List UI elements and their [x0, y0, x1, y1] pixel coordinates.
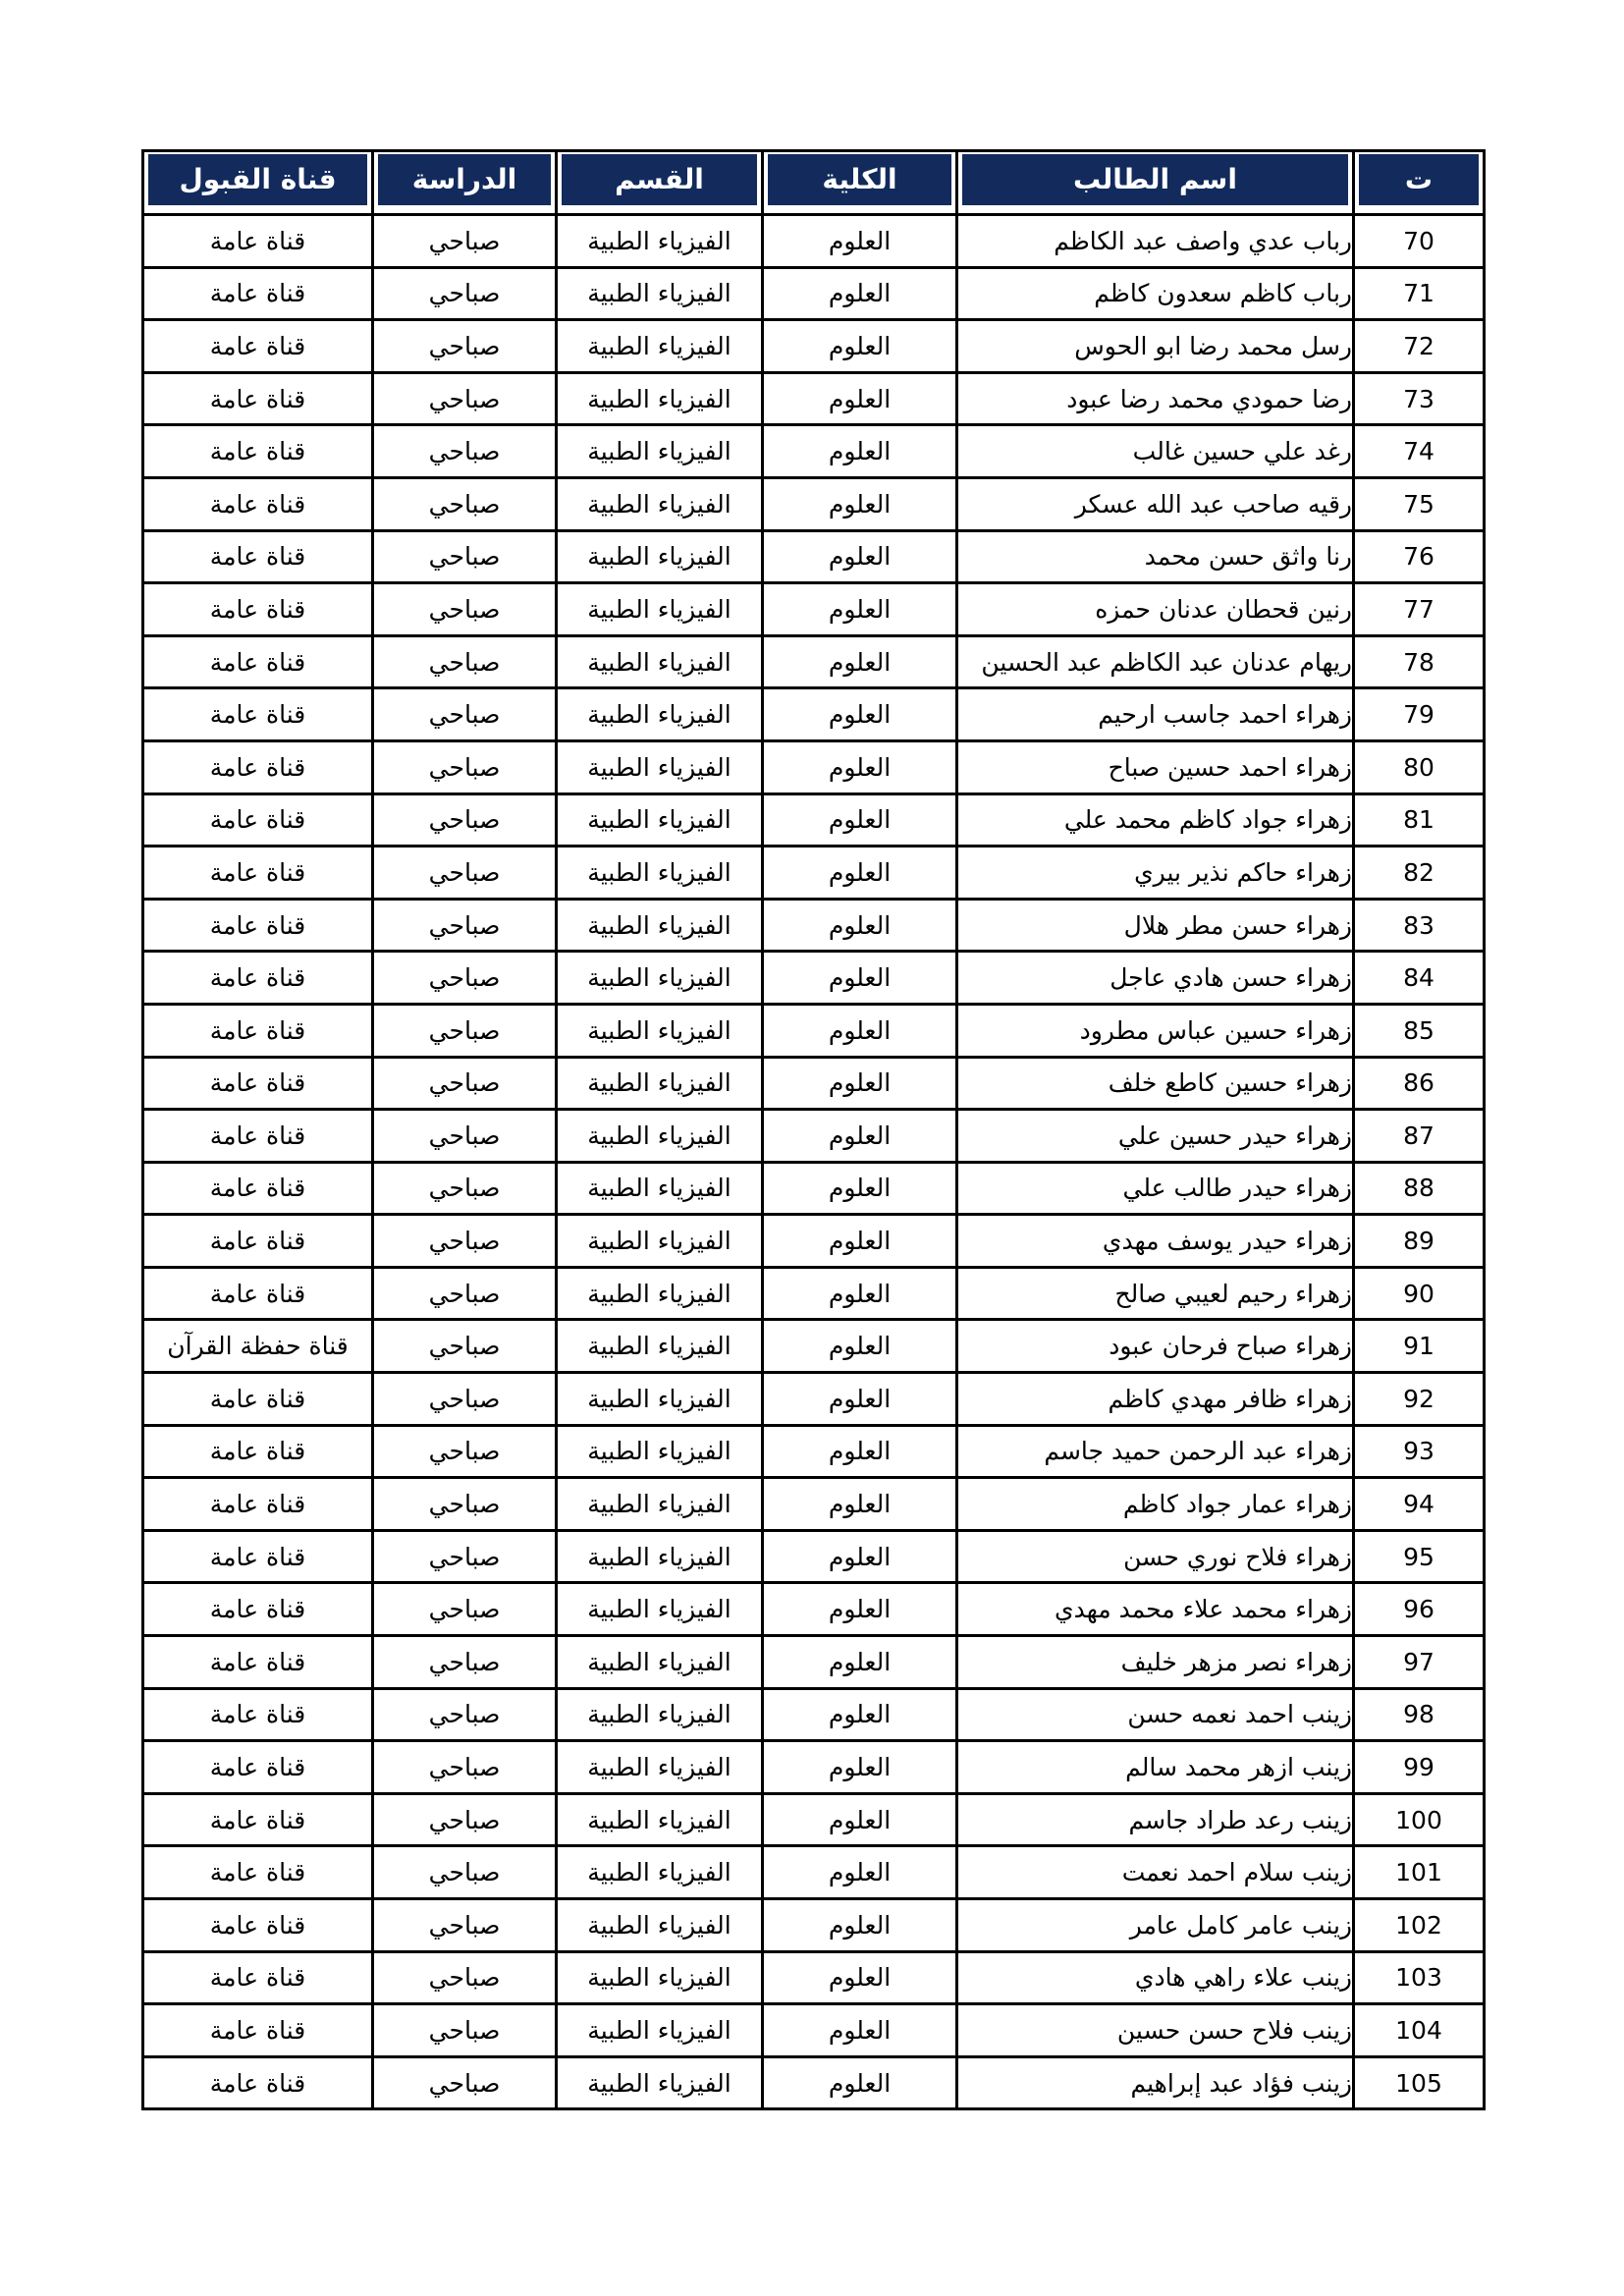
- study-cell: صباحي: [373, 1636, 557, 1689]
- channel-cell: قناة عامة: [143, 1688, 373, 1741]
- college-cell: العلوم: [763, 952, 957, 1005]
- row-number-cell: 94: [1354, 1478, 1485, 1531]
- channel-cell: قناة عامة: [143, 793, 373, 847]
- channel-cell: قناة عامة: [143, 1583, 373, 1636]
- study-cell: صباحي: [373, 583, 557, 636]
- student-name-cell: رباب كاظم سعدون كاظم: [957, 267, 1354, 320]
- student-name-cell: زهراء صباح فرحان عبود: [957, 1320, 1354, 1373]
- college-cell: العلوم: [763, 635, 957, 688]
- header-student-name-label: اسم الطالب: [962, 154, 1348, 205]
- student-name-cell: زهراء احمد حسين صباح: [957, 740, 1354, 793]
- student-name-cell: زينب سلام احمد نعمت: [957, 1846, 1354, 1899]
- student-name-cell: زينب ازهر محمد سالم: [957, 1741, 1354, 1794]
- row-number-cell: 84: [1354, 952, 1485, 1005]
- study-cell: صباحي: [373, 1530, 557, 1583]
- study-cell: صباحي: [373, 1057, 557, 1110]
- table-row: 100زينب رعد طراد جاسمالعلومالفيزياء الطب…: [143, 1793, 1485, 1846]
- channel-cell: قناة عامة: [143, 1636, 373, 1689]
- college-cell: العلوم: [763, 2056, 957, 2109]
- department-cell: الفيزياء الطبية: [557, 372, 763, 425]
- row-number-cell: 75: [1354, 477, 1485, 530]
- student-name-cell: زهراء حاكم نذير بيري: [957, 847, 1354, 900]
- student-name-cell: زهراء احمد جاسب ارحيم: [957, 688, 1354, 741]
- row-number-cell: 103: [1354, 1951, 1485, 2004]
- row-number-cell: 91: [1354, 1320, 1485, 1373]
- student-name-cell: زهراء حيدر طالب علي: [957, 1162, 1354, 1215]
- department-cell: الفيزياء الطبية: [557, 320, 763, 373]
- table-row: 82زهراء حاكم نذير بيريالعلومالفيزياء الط…: [143, 847, 1485, 900]
- table-row: 86زهراء حسين كاطع خلفالعلومالفيزياء الطب…: [143, 1057, 1485, 1110]
- study-cell: صباحي: [373, 740, 557, 793]
- row-number-cell: 71: [1354, 267, 1485, 320]
- table-row: 79زهراء احمد جاسب ارحيمالعلومالفيزياء ال…: [143, 688, 1485, 741]
- channel-cell: قناة عامة: [143, 583, 373, 636]
- department-cell: الفيزياء الطبية: [557, 1320, 763, 1373]
- row-number-cell: 99: [1354, 1741, 1485, 1794]
- college-cell: العلوم: [763, 1110, 957, 1163]
- table-row: 71رباب كاظم سعدون كاظمالعلومالفيزياء الط…: [143, 267, 1485, 320]
- row-number-cell: 85: [1354, 1004, 1485, 1057]
- college-cell: العلوم: [763, 425, 957, 478]
- document-page: ت اسم الطالب الكلية القسم الدراسة قناة ا…: [0, 0, 1624, 2296]
- table-row: 81زهراء جواد كاظم محمد عليالعلومالفيزياء…: [143, 793, 1485, 847]
- table-row: 73رضا حمودي محمد رضا عبودالعلومالفيزياء …: [143, 372, 1485, 425]
- student-name-cell: زهراء حسن هادي عاجل: [957, 952, 1354, 1005]
- college-cell: العلوم: [763, 477, 957, 530]
- channel-cell: قناة عامة: [143, 635, 373, 688]
- row-number-cell: 76: [1354, 530, 1485, 583]
- row-number-cell: 87: [1354, 1110, 1485, 1163]
- channel-cell: قناة عامة: [143, 899, 373, 952]
- table-row: 70رباب عدي واصف عبد الكاظمالعلومالفيزياء…: [143, 215, 1485, 268]
- header-admission-channel: قناة القبول: [143, 151, 373, 215]
- row-number-cell: 70: [1354, 215, 1485, 268]
- study-cell: صباحي: [373, 952, 557, 1005]
- department-cell: الفيزياء الطبية: [557, 1583, 763, 1636]
- department-cell: الفيزياء الطبية: [557, 2056, 763, 2109]
- college-cell: العلوم: [763, 1688, 957, 1741]
- department-cell: الفيزياء الطبية: [557, 793, 763, 847]
- college-cell: العلوم: [763, 1793, 957, 1846]
- row-number-cell: 82: [1354, 847, 1485, 900]
- channel-cell: قناة عامة: [143, 1267, 373, 1320]
- table-row: 102زينب عامر كامل عامرالعلومالفيزياء الط…: [143, 1899, 1485, 1952]
- department-cell: الفيزياء الطبية: [557, 740, 763, 793]
- department-cell: الفيزياء الطبية: [557, 1004, 763, 1057]
- study-cell: صباحي: [373, 1320, 557, 1373]
- study-cell: صباحي: [373, 2056, 557, 2109]
- table-row: 93زهراء عبد الرحمن حميد جاسمالعلومالفيزي…: [143, 1425, 1485, 1478]
- study-cell: صباحي: [373, 1899, 557, 1952]
- student-name-cell: زهراء محمد علاء محمد مهدي: [957, 1583, 1354, 1636]
- student-name-cell: رغد علي حسين غالب: [957, 425, 1354, 478]
- header-student-name: اسم الطالب: [957, 151, 1354, 215]
- students-table: ت اسم الطالب الكلية القسم الدراسة قناة ا…: [141, 149, 1486, 2110]
- table-row: 87زهراء حيدر حسين عليالعلومالفيزياء الطب…: [143, 1110, 1485, 1163]
- student-name-cell: زينب فؤاد عبد إبراهيم: [957, 2056, 1354, 2109]
- table-row: 96زهراء محمد علاء محمد مهديالعلومالفيزيا…: [143, 1583, 1485, 1636]
- study-cell: صباحي: [373, 425, 557, 478]
- channel-cell: قناة عامة: [143, 952, 373, 1005]
- table-row: 101زينب سلام احمد نعمتالعلومالفيزياء الط…: [143, 1846, 1485, 1899]
- student-name-cell: زهراء حسين عباس مطرود: [957, 1004, 1354, 1057]
- study-cell: صباحي: [373, 847, 557, 900]
- row-number-cell: 72: [1354, 320, 1485, 373]
- college-cell: العلوم: [763, 2004, 957, 2057]
- department-cell: الفيزياء الطبية: [557, 899, 763, 952]
- student-name-cell: زهراء رحيم لعيبي صالح: [957, 1267, 1354, 1320]
- department-cell: الفيزياء الطبية: [557, 1373, 763, 1426]
- channel-cell: قناة عامة: [143, 1741, 373, 1794]
- channel-cell: قناة عامة: [143, 1793, 373, 1846]
- college-cell: العلوم: [763, 1267, 957, 1320]
- college-cell: العلوم: [763, 1478, 957, 1531]
- college-cell: العلوم: [763, 899, 957, 952]
- student-name-cell: زهراء حسين كاطع خلف: [957, 1057, 1354, 1110]
- row-number-cell: 97: [1354, 1636, 1485, 1689]
- student-name-cell: زهراء عمار جواد كاظم: [957, 1478, 1354, 1531]
- row-number-cell: 100: [1354, 1793, 1485, 1846]
- study-cell: صباحي: [373, 1951, 557, 2004]
- college-cell: العلوم: [763, 1373, 957, 1426]
- row-number-cell: 74: [1354, 425, 1485, 478]
- college-cell: العلوم: [763, 1057, 957, 1110]
- student-name-cell: زهراء فلاح نوري حسن: [957, 1530, 1354, 1583]
- department-cell: الفيزياء الطبية: [557, 1425, 763, 1478]
- department-cell: الفيزياء الطبية: [557, 847, 763, 900]
- table-row: 91زهراء صباح فرحان عبودالعلومالفيزياء ال…: [143, 1320, 1485, 1373]
- department-cell: الفيزياء الطبية: [557, 1899, 763, 1952]
- department-cell: الفيزياء الطبية: [557, 1478, 763, 1531]
- channel-cell: قناة حفظة القرآن: [143, 1320, 373, 1373]
- college-cell: العلوم: [763, 688, 957, 741]
- channel-cell: قناة عامة: [143, 688, 373, 741]
- row-number-cell: 104: [1354, 2004, 1485, 2057]
- channel-cell: قناة عامة: [143, 1162, 373, 1215]
- header-college: الكلية: [763, 151, 957, 215]
- study-cell: صباحي: [373, 2004, 557, 2057]
- department-cell: الفيزياء الطبية: [557, 1110, 763, 1163]
- table-row: 76رنا واثق حسن محمدالعلومالفيزياء الطبية…: [143, 530, 1485, 583]
- table-row: 78ريهام عدنان عبد الكاظم عبد الحسينالعلو…: [143, 635, 1485, 688]
- table-row: 84زهراء حسن هادي عاجلالعلومالفيزياء الطب…: [143, 952, 1485, 1005]
- student-name-cell: زينب احمد نعمه حسن: [957, 1688, 1354, 1741]
- channel-cell: قناة عامة: [143, 1530, 373, 1583]
- table-row: 99زينب ازهر محمد سالمالعلومالفيزياء الطب…: [143, 1741, 1485, 1794]
- department-cell: الفيزياء الطبية: [557, 583, 763, 636]
- table-row: 88زهراء حيدر طالب عليالعلومالفيزياء الطب…: [143, 1162, 1485, 1215]
- study-cell: صباحي: [373, 1425, 557, 1478]
- college-cell: العلوم: [763, 1320, 957, 1373]
- channel-cell: قناة عامة: [143, 215, 373, 268]
- header-number-label: ت: [1359, 154, 1479, 205]
- department-cell: الفيزياء الطبية: [557, 635, 763, 688]
- college-cell: العلوم: [763, 1846, 957, 1899]
- student-name-cell: زهراء جواد كاظم محمد علي: [957, 793, 1354, 847]
- table-row: 72رسل محمد رضا ابو الحوسالعلومالفيزياء ا…: [143, 320, 1485, 373]
- table-row: 90زهراء رحيم لعيبي صالحالعلومالفيزياء ال…: [143, 1267, 1485, 1320]
- department-cell: الفيزياء الطبية: [557, 1688, 763, 1741]
- department-cell: الفيزياء الطبية: [557, 215, 763, 268]
- study-cell: صباحي: [373, 1846, 557, 1899]
- college-cell: العلوم: [763, 793, 957, 847]
- row-number-cell: 101: [1354, 1846, 1485, 1899]
- row-number-cell: 78: [1354, 635, 1485, 688]
- college-cell: العلوم: [763, 1425, 957, 1478]
- department-cell: الفيزياء الطبية: [557, 425, 763, 478]
- college-cell: العلوم: [763, 740, 957, 793]
- table-row: 97زهراء نصر مزهر خليفالعلومالفيزياء الطب…: [143, 1636, 1485, 1689]
- table-header-row: ت اسم الطالب الكلية القسم الدراسة قناة ا…: [143, 151, 1485, 215]
- department-cell: الفيزياء الطبية: [557, 530, 763, 583]
- study-cell: صباحي: [373, 1741, 557, 1794]
- study-cell: صباحي: [373, 635, 557, 688]
- row-number-cell: 80: [1354, 740, 1485, 793]
- row-number-cell: 102: [1354, 1899, 1485, 1952]
- college-cell: العلوم: [763, 1162, 957, 1215]
- student-name-cell: زهراء ظافر مهدي كاظم: [957, 1373, 1354, 1426]
- table-row: 83زهراء حسن مطر هلالالعلومالفيزياء الطبي…: [143, 899, 1485, 952]
- row-number-cell: 83: [1354, 899, 1485, 952]
- channel-cell: قناة عامة: [143, 1110, 373, 1163]
- study-cell: صباحي: [373, 1478, 557, 1531]
- study-cell: صباحي: [373, 1688, 557, 1741]
- student-name-cell: ريهام عدنان عبد الكاظم عبد الحسين: [957, 635, 1354, 688]
- channel-cell: قناة عامة: [143, 425, 373, 478]
- study-cell: صباحي: [373, 1793, 557, 1846]
- header-study-label: الدراسة: [378, 154, 551, 205]
- college-cell: العلوم: [763, 1899, 957, 1952]
- college-cell: العلوم: [763, 583, 957, 636]
- college-cell: العلوم: [763, 320, 957, 373]
- channel-cell: قناة عامة: [143, 372, 373, 425]
- study-cell: صباحي: [373, 215, 557, 268]
- college-cell: العلوم: [763, 1951, 957, 2004]
- channel-cell: قناة عامة: [143, 1004, 373, 1057]
- table-row: 104زينب فلاح حسن حسينالعلومالفيزياء الطب…: [143, 2004, 1485, 2057]
- college-cell: العلوم: [763, 1530, 957, 1583]
- row-number-cell: 92: [1354, 1373, 1485, 1426]
- study-cell: صباحي: [373, 267, 557, 320]
- department-cell: الفيزياء الطبية: [557, 1267, 763, 1320]
- row-number-cell: 98: [1354, 1688, 1485, 1741]
- channel-cell: قناة عامة: [143, 1846, 373, 1899]
- channel-cell: قناة عامة: [143, 1951, 373, 2004]
- channel-cell: قناة عامة: [143, 847, 373, 900]
- college-cell: العلوم: [763, 530, 957, 583]
- college-cell: العلوم: [763, 1583, 957, 1636]
- student-name-cell: زينب علاء راهي هادي: [957, 1951, 1354, 2004]
- department-cell: الفيزياء الطبية: [557, 1057, 763, 1110]
- table-row: 105زينب فؤاد عبد إبراهيمالعلومالفيزياء ا…: [143, 2056, 1485, 2109]
- table-row: 74رغد علي حسين غالبالعلومالفيزياء الطبية…: [143, 425, 1485, 478]
- student-name-cell: رضا حمودي محمد رضا عبود: [957, 372, 1354, 425]
- department-cell: الفيزياء الطبية: [557, 2004, 763, 2057]
- row-number-cell: 105: [1354, 2056, 1485, 2109]
- student-name-cell: زهراء حسن مطر هلال: [957, 899, 1354, 952]
- student-name-cell: رسل محمد رضا ابو الحوس: [957, 320, 1354, 373]
- table-row: 75رقيه صاحب عبد الله عسكرالعلومالفيزياء …: [143, 477, 1485, 530]
- department-cell: الفيزياء الطبية: [557, 1636, 763, 1689]
- channel-cell: قناة عامة: [143, 1373, 373, 1426]
- row-number-cell: 95: [1354, 1530, 1485, 1583]
- department-cell: الفيزياء الطبية: [557, 952, 763, 1005]
- row-number-cell: 81: [1354, 793, 1485, 847]
- department-cell: الفيزياء الطبية: [557, 1215, 763, 1268]
- study-cell: صباحي: [373, 477, 557, 530]
- department-cell: الفيزياء الطبية: [557, 1793, 763, 1846]
- department-cell: الفيزياء الطبية: [557, 1741, 763, 1794]
- channel-cell: قناة عامة: [143, 1215, 373, 1268]
- student-name-cell: رباب عدي واصف عبد الكاظم: [957, 215, 1354, 268]
- study-cell: صباحي: [373, 1004, 557, 1057]
- header-admission-channel-label: قناة القبول: [148, 154, 367, 205]
- department-cell: الفيزياء الطبية: [557, 1951, 763, 2004]
- table-row: 80زهراء احمد حسين صباحالعلومالفيزياء الط…: [143, 740, 1485, 793]
- study-cell: صباحي: [373, 793, 557, 847]
- department-cell: الفيزياء الطبية: [557, 688, 763, 741]
- row-number-cell: 86: [1354, 1057, 1485, 1110]
- department-cell: الفيزياء الطبية: [557, 267, 763, 320]
- channel-cell: قناة عامة: [143, 530, 373, 583]
- row-number-cell: 73: [1354, 372, 1485, 425]
- header-college-label: الكلية: [768, 154, 951, 205]
- row-number-cell: 77: [1354, 583, 1485, 636]
- study-cell: صباحي: [373, 530, 557, 583]
- study-cell: صباحي: [373, 1215, 557, 1268]
- row-number-cell: 89: [1354, 1215, 1485, 1268]
- college-cell: العلوم: [763, 215, 957, 268]
- channel-cell: قناة عامة: [143, 1425, 373, 1478]
- table-row: 95زهراء فلاح نوري حسنالعلومالفيزياء الطب…: [143, 1530, 1485, 1583]
- study-cell: صباحي: [373, 320, 557, 373]
- channel-cell: قناة عامة: [143, 1057, 373, 1110]
- study-cell: صباحي: [373, 1110, 557, 1163]
- college-cell: العلوم: [763, 1636, 957, 1689]
- department-cell: الفيزياء الطبية: [557, 1162, 763, 1215]
- study-cell: صباحي: [373, 1373, 557, 1426]
- channel-cell: قناة عامة: [143, 477, 373, 530]
- college-cell: العلوم: [763, 1004, 957, 1057]
- student-name-cell: زهراء حيدر يوسف مهدي: [957, 1215, 1354, 1268]
- header-study: الدراسة: [373, 151, 557, 215]
- department-cell: الفيزياء الطبية: [557, 477, 763, 530]
- student-name-cell: زينب فلاح حسن حسين: [957, 2004, 1354, 2057]
- channel-cell: قناة عامة: [143, 2056, 373, 2109]
- study-cell: صباحي: [373, 688, 557, 741]
- row-number-cell: 79: [1354, 688, 1485, 741]
- row-number-cell: 93: [1354, 1425, 1485, 1478]
- table-row: 89زهراء حيدر يوسف مهديالعلومالفيزياء الط…: [143, 1215, 1485, 1268]
- college-cell: العلوم: [763, 267, 957, 320]
- college-cell: العلوم: [763, 1215, 957, 1268]
- row-number-cell: 90: [1354, 1267, 1485, 1320]
- college-cell: العلوم: [763, 1741, 957, 1794]
- study-cell: صباحي: [373, 1267, 557, 1320]
- study-cell: صباحي: [373, 372, 557, 425]
- student-name-cell: زينب عامر كامل عامر: [957, 1899, 1354, 1952]
- header-number: ت: [1354, 151, 1485, 215]
- department-cell: الفيزياء الطبية: [557, 1530, 763, 1583]
- channel-cell: قناة عامة: [143, 320, 373, 373]
- study-cell: صباحي: [373, 899, 557, 952]
- table-body: 70رباب عدي واصف عبد الكاظمالعلومالفيزياء…: [143, 215, 1485, 2109]
- header-department-label: القسم: [562, 154, 757, 205]
- student-name-cell: زهراء نصر مزهر خليف: [957, 1636, 1354, 1689]
- student-name-cell: زينب رعد طراد جاسم: [957, 1793, 1354, 1846]
- study-cell: صباحي: [373, 1162, 557, 1215]
- study-cell: صباحي: [373, 1583, 557, 1636]
- student-name-cell: رنا واثق حسن محمد: [957, 530, 1354, 583]
- channel-cell: قناة عامة: [143, 1899, 373, 1952]
- channel-cell: قناة عامة: [143, 267, 373, 320]
- college-cell: العلوم: [763, 372, 957, 425]
- table-row: 94زهراء عمار جواد كاظمالعلومالفيزياء الط…: [143, 1478, 1485, 1531]
- student-name-cell: زهراء عبد الرحمن حميد جاسم: [957, 1425, 1354, 1478]
- student-name-cell: زهراء حيدر حسين علي: [957, 1110, 1354, 1163]
- table-row: 85زهراء حسين عباس مطرودالعلومالفيزياء ال…: [143, 1004, 1485, 1057]
- department-cell: الفيزياء الطبية: [557, 1846, 763, 1899]
- channel-cell: قناة عامة: [143, 2004, 373, 2057]
- channel-cell: قناة عامة: [143, 1478, 373, 1531]
- header-department: القسم: [557, 151, 763, 215]
- row-number-cell: 96: [1354, 1583, 1485, 1636]
- channel-cell: قناة عامة: [143, 740, 373, 793]
- table-row: 92زهراء ظافر مهدي كاظمالعلومالفيزياء الط…: [143, 1373, 1485, 1426]
- table-row: 103زينب علاء راهي هاديالعلومالفيزياء الط…: [143, 1951, 1485, 2004]
- student-name-cell: رنين قحطان عدنان حمزه: [957, 583, 1354, 636]
- student-name-cell: رقيه صاحب عبد الله عسكر: [957, 477, 1354, 530]
- table-row: 77رنين قحطان عدنان حمزهالعلومالفيزياء ال…: [143, 583, 1485, 636]
- table-row: 98زينب احمد نعمه حسنالعلومالفيزياء الطبي…: [143, 1688, 1485, 1741]
- college-cell: العلوم: [763, 847, 957, 900]
- row-number-cell: 88: [1354, 1162, 1485, 1215]
